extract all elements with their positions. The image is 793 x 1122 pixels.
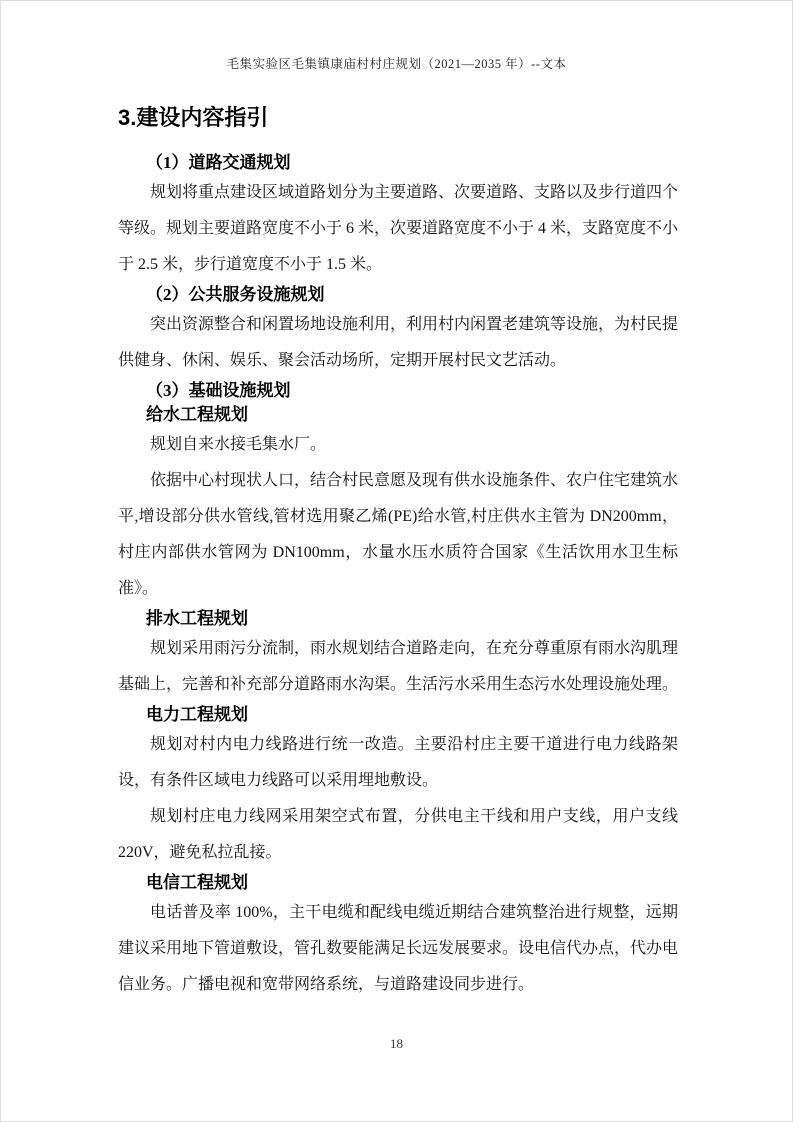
paragraph: 规划将重点建设区域道路划分为主要道路、次要道路、支路以及步行道四个等级。规划主要… — [118, 175, 678, 283]
section-heading-public-services: （2）公共服务设施规划 — [118, 283, 678, 307]
paragraph: 规划对村内电力线路进行统一改造。主要沿村庄主要干道进行电力线路架设，有条件区域电… — [118, 727, 678, 799]
document-page: 毛集实验区毛集镇康庙村村庄规划（2021—2035 年）--文本 3.建设内容指… — [0, 0, 793, 1122]
subsection-heading-drainage: 排水工程规划 — [118, 607, 678, 631]
paragraph: 规划自来水接毛集水厂。 — [118, 427, 678, 463]
page-number: 18 — [0, 1036, 793, 1052]
paragraph: 突出资源整合和闲置场地设施利用，利用村内闲置老建筑等设施，为村民提供健身、休闲、… — [118, 307, 678, 379]
subsection-heading-water-supply: 给水工程规划 — [118, 403, 678, 427]
section-heading-infrastructure: （3）基础设施规划 — [118, 379, 678, 403]
paragraph: 电话普及率 100%，主干电缆和配线电缆近期结合建筑整治进行规整，远期建议采用地… — [118, 895, 678, 1003]
document-body: 3.建设内容指引 （1）道路交通规划 规划将重点建设区域道路划分为主要道路、次要… — [0, 103, 793, 1003]
chapter-title: 3.建设内容指引 — [118, 103, 678, 133]
subsection-heading-electric-power: 电力工程规划 — [118, 703, 678, 727]
section-heading-road-traffic: （1）道路交通规划 — [118, 151, 678, 175]
paragraph: 规划采用雨污分流制，雨水规划结合道路走向，在充分尊重原有雨水沟肌理基础上，完善和… — [118, 631, 678, 703]
paragraph: 规划村庄电力线网采用架空式布置，分供电主干线和用户支线，用户支线 220V，避免… — [118, 799, 678, 871]
paragraph: 依据中心村现状人口，结合村民意愿及现有供水设施条件、农户住宅建筑水平,增设部分供… — [118, 463, 678, 607]
running-header: 毛集实验区毛集镇康庙村村庄规划（2021—2035 年）--文本 — [0, 56, 793, 72]
subsection-heading-telecom: 电信工程规划 — [118, 871, 678, 895]
